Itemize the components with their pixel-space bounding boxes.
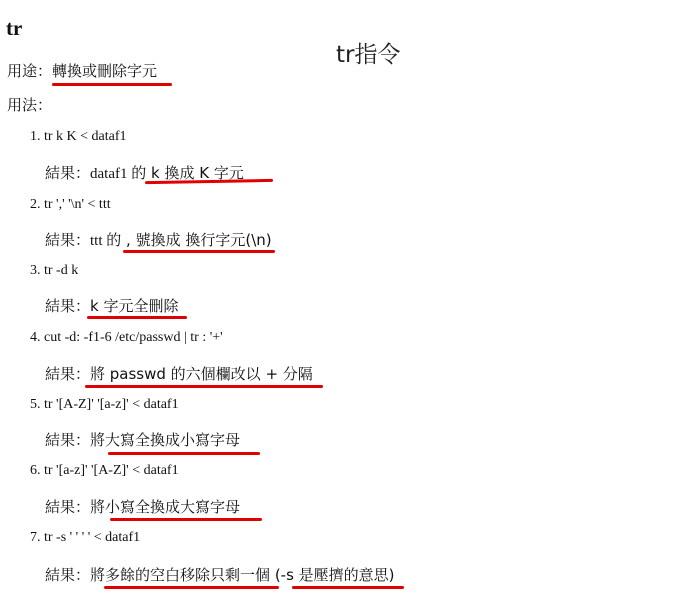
command-line-5: 5. tr '[A-Z]' '[a-z]' < dataf1: [30, 397, 179, 413]
result-underline-7a: [104, 586, 279, 589]
result-line-6: 結果：將小寫全換成大寫字母: [45, 496, 240, 517]
result-highlight: , 號換成 換行字元(\n): [121, 231, 271, 249]
command-line-3: 3. tr -d k: [30, 263, 78, 279]
usage-label: 用途：: [7, 62, 52, 80]
result-highlight: 小寫全換成大寫字母: [105, 498, 240, 516]
command-line-6: 6. tr '[a-z]' '[A-Z]' < dataf1: [30, 463, 179, 479]
command-line-7: 7. tr -s ' ' ' ' < dataf1: [30, 530, 140, 546]
result-label: 結果：: [45, 498, 90, 516]
result-plain: 將: [90, 498, 105, 516]
result-highlight: 將 passwd 的六個欄改以 + 分隔: [90, 365, 313, 383]
result-label: 結果：: [45, 566, 90, 584]
result-underline-3: [87, 316, 187, 319]
syntax-label: 用法：: [7, 94, 52, 115]
result-line-5: 結果：將大寫全換成小寫字母: [45, 429, 240, 450]
usage-underline: [52, 83, 172, 86]
result-label: 結果：: [45, 231, 90, 249]
result-highlight: 大寫全換成小寫字母: [105, 431, 240, 449]
result-note: (-s 是壓擠的意思): [270, 566, 394, 584]
result-highlight: k 字元全刪除: [90, 297, 178, 315]
usage-value: 轉換或刪除字元: [52, 62, 157, 80]
result-label: 結果：: [45, 164, 90, 182]
command-line-2: 2. tr ',' '\n' < ttt: [30, 197, 111, 213]
usage-line: 用途：轉換或刪除字元: [7, 60, 157, 81]
command-line-1: 1. tr k K < dataf1: [30, 129, 127, 145]
result-label: 結果：: [45, 297, 90, 315]
result-plain: 將: [90, 431, 105, 449]
result-line-2: 結果：ttt 的 , 號換成 換行字元(\n): [45, 229, 272, 250]
result-underline-2: [123, 250, 275, 253]
command-line-4: 4. cut -d: -f1-6 /etc/passwd | tr : '+': [30, 330, 223, 346]
result-label: 結果：: [45, 365, 90, 383]
result-label: 結果：: [45, 431, 90, 449]
page-heading: tr: [6, 16, 22, 41]
result-plain: 將: [90, 566, 105, 584]
result-plain: ttt 的: [90, 233, 121, 249]
result-line-7: 結果：將多餘的空白移除只剩一個 (-s 是壓擠的意思): [45, 564, 395, 585]
result-underline-6: [110, 518, 262, 521]
slide-title: tr指令: [336, 36, 400, 69]
result-line-4: 結果：將 passwd 的六個欄改以 + 分隔: [45, 363, 313, 384]
result-underline-5: [108, 452, 260, 455]
result-line-3: 結果：k 字元全刪除: [45, 295, 178, 316]
result-underline-7b: [292, 586, 404, 589]
result-underline-4: [85, 385, 323, 388]
result-plain: dataf1 的: [90, 166, 146, 182]
result-highlight: 多餘的空白移除只剩一個: [105, 566, 270, 584]
